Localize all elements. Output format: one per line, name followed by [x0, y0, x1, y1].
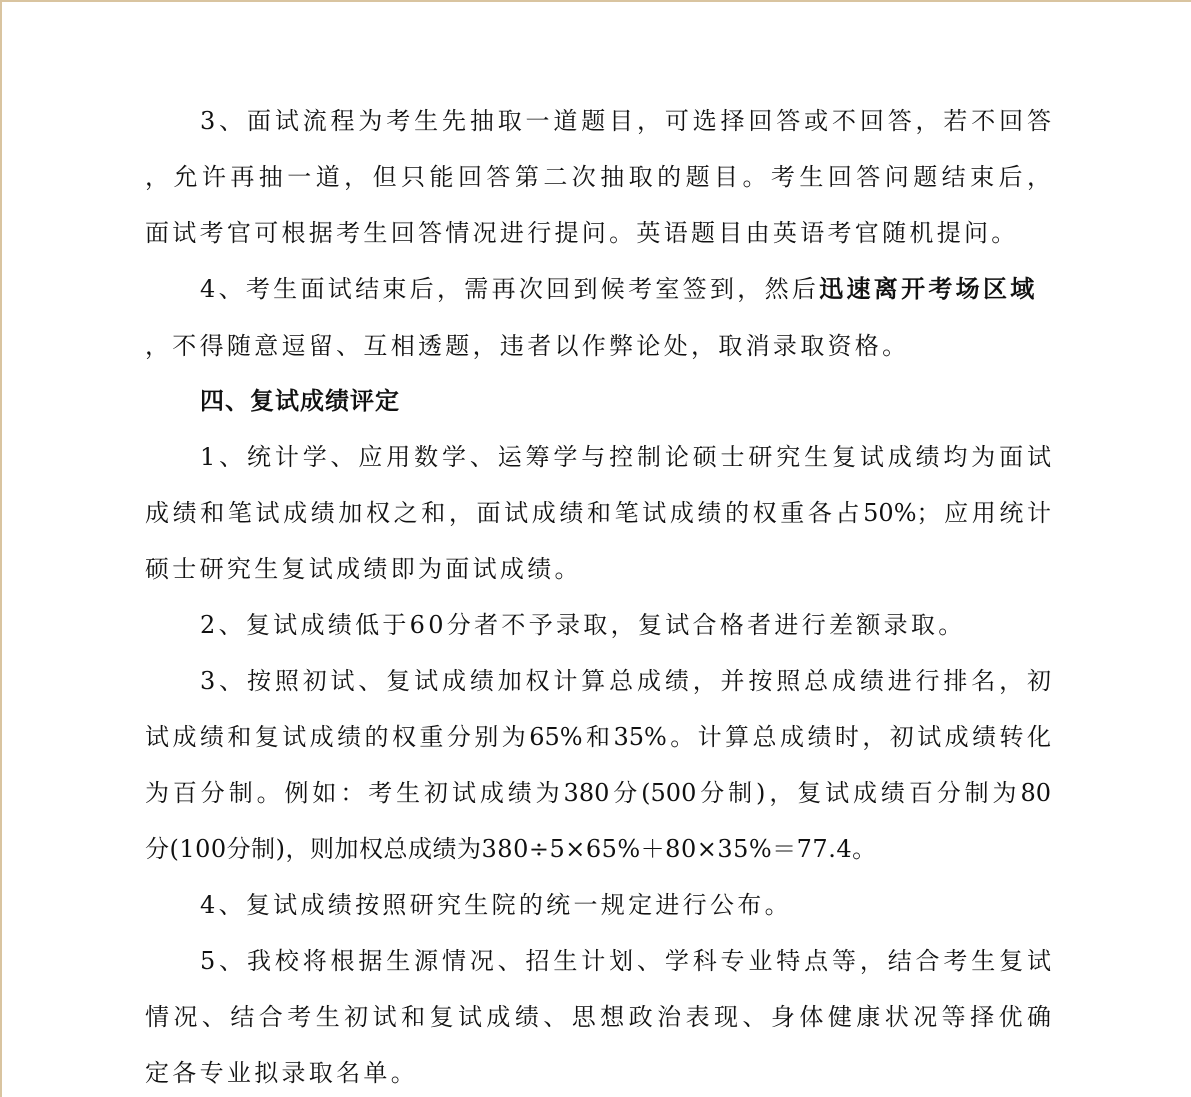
paragraph-after-interview-line-2: ，不得随意逗留、互相透题，违者以作弊论处，取消录取资格。 [145, 326, 909, 366]
after-interview-text: 4、考生面试结束后，需再次回到候考室签到，然后 [200, 275, 819, 303]
scoring-item-5-line-3: 定各专业拟录取名单。 [145, 1053, 418, 1093]
emphasis-leave-area: 迅速离开考场区域 [819, 274, 1037, 303]
paragraph-interview-process-line-1: 3、面试流程为考生先抽取一道题目，可选择回答或不回答，若不回答 [200, 101, 1051, 141]
page-border-top [0, 0, 1191, 2]
scoring-item-1-line-2: 成绩和笔试成绩加权之和，面试成绩和笔试成绩的权重各占50%；应用统计 [145, 493, 1051, 533]
scoring-item-1-line-3: 硕士研究生复试成绩即为面试成绩。 [145, 549, 582, 589]
scoring-item-2-line-1: 2、复试成绩低于60分者不予录取，复试合格者进行差额录取。 [200, 605, 966, 645]
scoring-item-3-line-1: 3、按照初试、复试成绩加权计算总成绩，并按照总成绩进行排名，初 [200, 661, 1051, 701]
scoring-item-5-line-1: 5、我校将根据生源情况、招生计划、学科专业特点等，结合考生复试 [200, 941, 1051, 981]
scoring-item-3-line-3: 为百分制。例如：考生初试成绩为380分(500分制)，复试成绩百分制为80 [145, 773, 1051, 813]
scoring-item-3-line-4: 分(100分制)，则加权总成绩为380÷5×65%＋80×35%＝77.4。 [145, 829, 877, 869]
scoring-item-5-line-2: 情况、结合考生初试和复试成绩、思想政治表现、身体健康状况等择优确 [145, 997, 1051, 1037]
scoring-item-1-line-1: 1、统计学、应用数学、运筹学与控制论硕士研究生复试成绩均为面试 [200, 437, 1051, 477]
paragraph-interview-process-line-3: 面试考官可根据考生回答情况进行提问。英语题目由英语考官随机提问。 [145, 213, 1019, 253]
scoring-item-4-line-1: 4、复试成绩按照研究生院的统一规定进行公布。 [200, 885, 792, 925]
scoring-item-3-line-2: 试成绩和复试成绩的权重分别为65%和35%。计算总成绩时，初试成绩转化 [145, 717, 1051, 757]
page-border-left [0, 0, 2, 1097]
paragraph-after-interview-line-1: 4、考生面试结束后，需再次回到候考室签到，然后迅速离开考场区域 [200, 269, 1038, 309]
section-heading-score-evaluation: 四、复试成绩评定 [200, 381, 400, 421]
paragraph-interview-process-line-2: ，允许再抽一道，但只能回答第二次抽取的题目。考生回答问题结束后， [145, 157, 1051, 197]
